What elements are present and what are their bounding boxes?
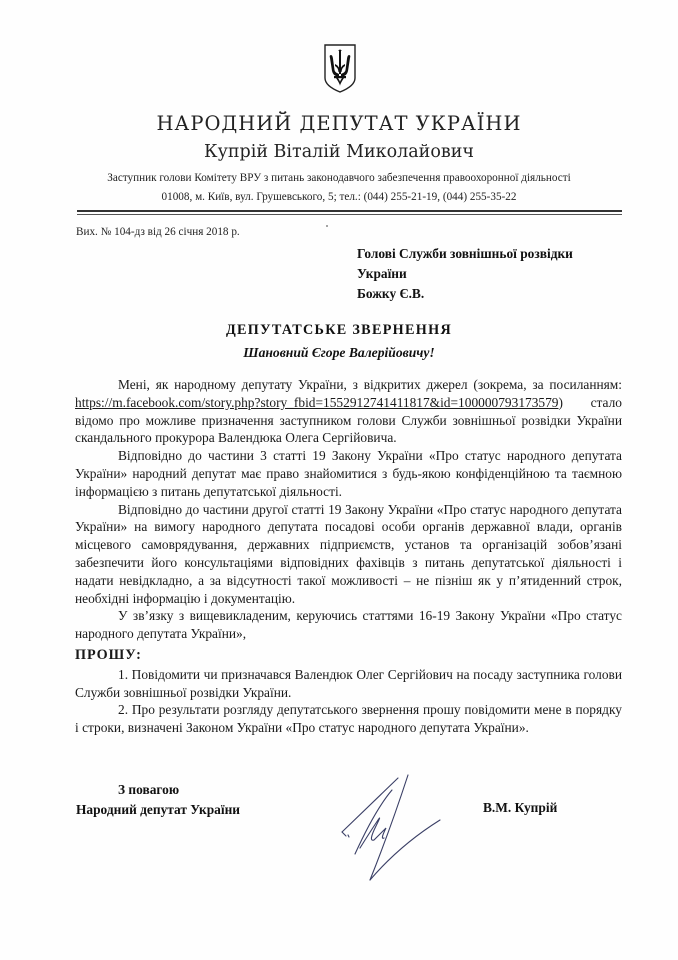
regards-text: З повагою [76, 780, 240, 800]
paragraph-3: Відповідно до частини другої статті 19 З… [75, 501, 622, 608]
letterhead-name: Купрій Віталій Миколайович [0, 142, 678, 162]
header-separator [77, 210, 622, 215]
scan-speck [326, 225, 328, 227]
letterhead-title: НАРОДНИЙ ДЕПУТАТ УКРАЇНИ [0, 112, 678, 135]
paragraph-1-start: Мені, як народному депутату України, з в… [118, 377, 622, 392]
paragraph-4: У зв’язку з вищевикладеним, керуючись ст… [75, 607, 622, 643]
salutation: Шановний Єгоре Валерійовичу! [0, 345, 678, 361]
signer-title: Народний депутат України [76, 800, 240, 820]
outgoing-number: Вих. № 104-дз від 26 січня 2018 р. [76, 226, 240, 238]
closing-block: З повагою Народний депутат України [76, 780, 240, 820]
document-body: Мені, як народному депутату України, з в… [75, 376, 622, 737]
recipient-block: Голові Служби зовнішньої розвідки Україн… [357, 244, 573, 304]
recipient-line: України [357, 264, 573, 284]
handwritten-signature-icon [330, 770, 460, 895]
paragraph-1: Мені, як народному депутату України, з в… [75, 376, 622, 447]
request-item-1: 1. Повідомити чи призначався Валендюк Ол… [75, 666, 622, 702]
facebook-link[interactable]: https://m.facebook.com/story.php?story_f… [75, 395, 559, 410]
trident-coat-of-arms-icon [322, 42, 358, 94]
letterhead-address: 01008, м. Київ, вул. Грушевського, 5; те… [0, 191, 678, 203]
document-title: ДЕПУТАТСЬКЕ ЗВЕРНЕННЯ [0, 322, 678, 339]
letterhead-position: Заступник голови Комітету ВРУ з питань з… [0, 172, 678, 184]
signer-name: В.М. Купрій [483, 800, 557, 816]
request-heading: ПРОШУ: [75, 643, 622, 666]
request-item-2: 2. Про результати розгляду депутатського… [75, 701, 622, 737]
recipient-line: Голові Служби зовнішньої розвідки [357, 244, 573, 264]
recipient-line: Божку Є.В. [357, 284, 573, 304]
paragraph-2: Відповідно до частини 3 статті 19 Закону… [75, 447, 622, 500]
